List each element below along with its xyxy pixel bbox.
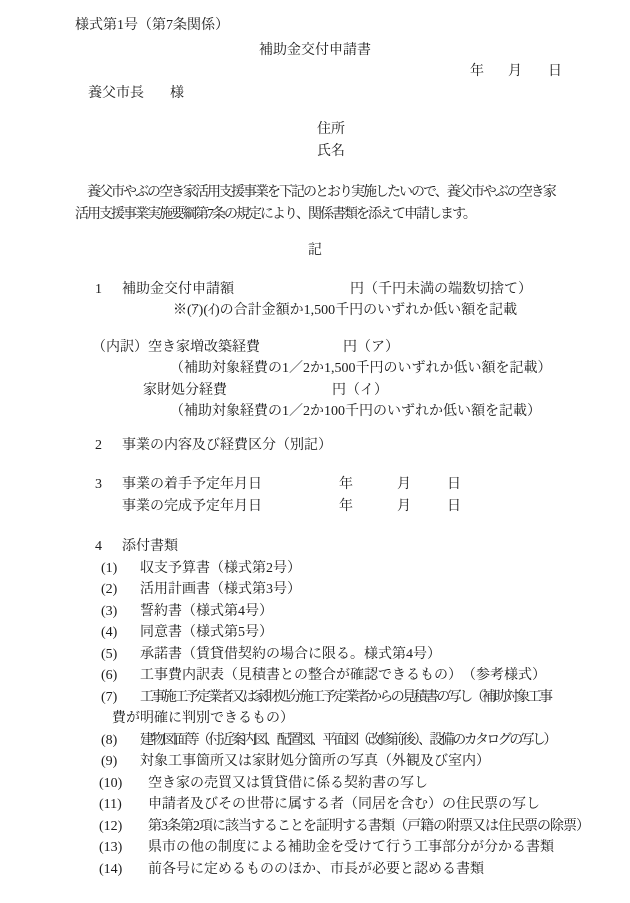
attachment-item: (6) 工事費内訳表（見積書との整合が確認できるもの） （参考様式） [0,665,630,687]
breakdown-note: （補助対象経費の1／2か1,500千円のいずれか低い額を記載） [170,358,552,380]
attachment-text: 誓約書（様式第4号） [140,601,273,623]
applicant-name-line: 氏名 [0,141,630,163]
attachment-text: 申請者及びその世帯に属する者（同居を含む）の住民票の写し [148,794,540,816]
body-text-1: 養父市やぶの空き家活用支援事業を下記のとおり実施したいので、養父市やぶの空き家 [75,182,555,204]
item2-number: 2 [95,435,102,457]
attachment-item: (14) 前各号に定めるもののほか、市長が必要と認める書類 [0,859,630,881]
item3-start-line: 3 事業の着手予定年月日 年 月 日 [0,474,630,496]
attachment-item: (8) 建物図面等（付近案内図、配置図、平面図（改修前後）、設備のカタログの写し… [0,730,630,752]
attachment-number: (2) [101,579,117,601]
item3-end-label: 事業の完成予定年月日 [122,496,262,518]
item3-start-label: 事業の着手予定年月日 [122,474,262,496]
attachment-item: (9) 対象工事箇所又は家財処分箇所の写真（外観及び室内） [0,751,630,773]
item1-label: 補助金交付申請額 [122,279,234,301]
attachment-text: 承諾書（賃貸借契約の場合に限る。様式第4号） [140,644,441,666]
body-text-2: 活用支援事業実施要綱第7条の規定により、関係書類を添えて申請します。 [75,204,475,226]
attachment-item: (5) 承諾書（賃貸借契約の場合に限る。様式第4号） [0,644,630,666]
attachment-text: 同意書（様式第5号） [140,622,273,644]
item3-number: 3 [95,474,102,496]
body-paragraph-line-1: 養父市やぶの空き家活用支援事業を下記のとおり実施したいので、養父市やぶの空き家 [0,182,630,204]
ki-heading: 記 [0,240,630,262]
document-title: 補助金交付申請書 [0,40,630,62]
attachment-item: (10) 空き家の売買又は賃貸借に係る契約書の写し [0,773,630,795]
attachment-number: (8) [101,730,117,752]
item3-year-label: 年 [339,474,353,496]
attachment-item: (1) 収支予算書（様式第2号） [0,558,630,580]
attachment-item: (11) 申請者及びその世帯に属する者（同居を含む）の住民票の写し [0,794,630,816]
form-number: 様式第1号（第7条関係） [75,15,229,37]
item1-number: 1 [95,279,102,301]
attachment-text: 工事施工予定業者又は家財処分施工予定業者からの見積書の写し（補助対象工事 [140,687,550,709]
item3-month-label: 月 [397,474,411,496]
attachment-number: (14) [99,859,122,881]
attachment-number: (12) [99,816,122,838]
name-label: 氏名 [317,141,345,163]
attachment-item: (3) 誓約書（様式第4号） [0,601,630,623]
attachment-text: 前各号に定めるもののほか、市長が必要と認める書類 [148,859,484,881]
furniture-unit: 円（イ） [332,380,388,402]
item2-line: 2 事業の内容及び経費区分（別記） [0,435,630,457]
attachment-text: 建物図面等（付近案内図、配置図、平面図（改修前後）、設備のカタログの写し） [140,730,555,752]
item1-line: 1 補助金交付申請額 円（千円未満の端数切捨て） [0,279,630,301]
attachment-text: 第3条第2項に該当することを証明する書類（戸籍の附票又は住民票の除票） [148,816,589,838]
attachment-number: (7) [101,687,117,709]
form-number-line: 様式第1号（第7条関係） [0,15,630,37]
item1-note: ※(ｱ)(ｲ)の合計金額か1,500千円のいずれか低い額を記載 [173,300,517,322]
breakdown-line: （内訳）空き家増改築経費 円（ア） [0,337,630,359]
date-day-label: 日 [548,61,562,83]
attachment-item: (2) 活用計画書（様式第3号） [0,579,630,601]
item2-label: 事業の内容及び経費区分（別記） [122,435,332,457]
item3-end-line: 事業の完成予定年月日 年 月 日 [0,496,630,518]
furniture-note: （補助対象経費の1／2か100千円のいずれか低い額を記載） [170,401,541,423]
attachment-item: (7) 工事施工予定業者又は家財処分施工予定業者からの見積書の写し（補助対象工事 [0,687,630,709]
attachment-text: 収支予算書（様式第2号） [140,558,301,580]
attachment-item: (12) 第3条第2項に該当することを証明する書類（戸籍の附票又は住民票の除票） [0,816,630,838]
date-year-label: 年 [470,61,484,83]
address-label: 住所 [317,119,345,141]
attachment-text: 対象工事箇所又は家財処分箇所の写真（外観及び室内） [140,751,490,773]
addressee-honorific: 様 [170,83,184,105]
item4-heading-line: 4 添付書類 [0,536,630,558]
attachment-text: 費が明確に判別できるもの） [112,708,294,730]
furniture-note-line: （補助対象経費の1／2か100千円のいずれか低い額を記載） [0,401,630,423]
application-form-page: 様式第1号（第7条関係） 補助金交付申請書 年 月 日 養父市長 様 住所 氏名… [0,0,630,903]
breakdown-note-line: （補助対象経費の1／2か1,500千円のいずれか低い額を記載） [0,358,630,380]
item3-day-label: 日 [447,496,461,518]
item3-day-label: 日 [447,474,461,496]
attachment-text: 空き家の売買又は賃貸借に係る契約書の写し [148,773,428,795]
date-line: 年 月 日 [0,61,630,83]
date-month-label: 月 [508,61,522,83]
item4-label: 添付書類 [122,536,178,558]
attachment-item: (4) 同意書（様式第5号） [0,622,630,644]
furniture-line: 家財処分経費 円（イ） [0,380,630,402]
attachment-number: (4) [101,622,117,644]
item1-note-line: ※(ｱ)(ｲ)の合計金額か1,500千円のいずれか低い額を記載 [0,300,630,322]
attachment-number: (6) [101,665,117,687]
attachment-text: 工事費内訳表（見積書との整合が確認できるもの） （参考様式） [140,665,546,687]
applicant-address-line: 住所 [0,119,630,141]
breakdown-label: （内訳）空き家増改築経費 [92,337,260,359]
item3-month-label: 月 [397,496,411,518]
attachment-text: 活用計画書（様式第3号） [140,579,301,601]
item1-unit-note: 円（千円未満の端数切捨て） [350,279,532,301]
body-paragraph-line-2: 活用支援事業実施要綱第7条の規定により、関係書類を添えて申請します。 [0,204,630,226]
attachment-number: (10) [99,773,122,795]
attachment-number: (9) [101,751,117,773]
attachment-item: (13) 県市の他の制度による補助金を受けて行う工事部分が分かる書類 [0,837,630,859]
item3-year-label: 年 [339,496,353,518]
breakdown-unit: 円（ア） [343,337,399,359]
addressee-name: 養父市長 [88,83,144,105]
item4-number: 4 [95,536,102,558]
attachment-number: (13) [99,837,122,859]
attachment-text: 県市の他の制度による補助金を受けて行う工事部分が分かる書類 [148,837,554,859]
attachment-number: (11) [99,794,122,816]
addressee-line: 養父市長 様 [0,83,630,105]
attachment-text-continuation: 費が明確に判別できるもの） [0,708,630,730]
attachment-number: (5) [101,644,117,666]
furniture-label: 家財処分経費 [143,380,227,402]
attachment-number: (1) [101,558,117,580]
attachment-number: (3) [101,601,117,623]
